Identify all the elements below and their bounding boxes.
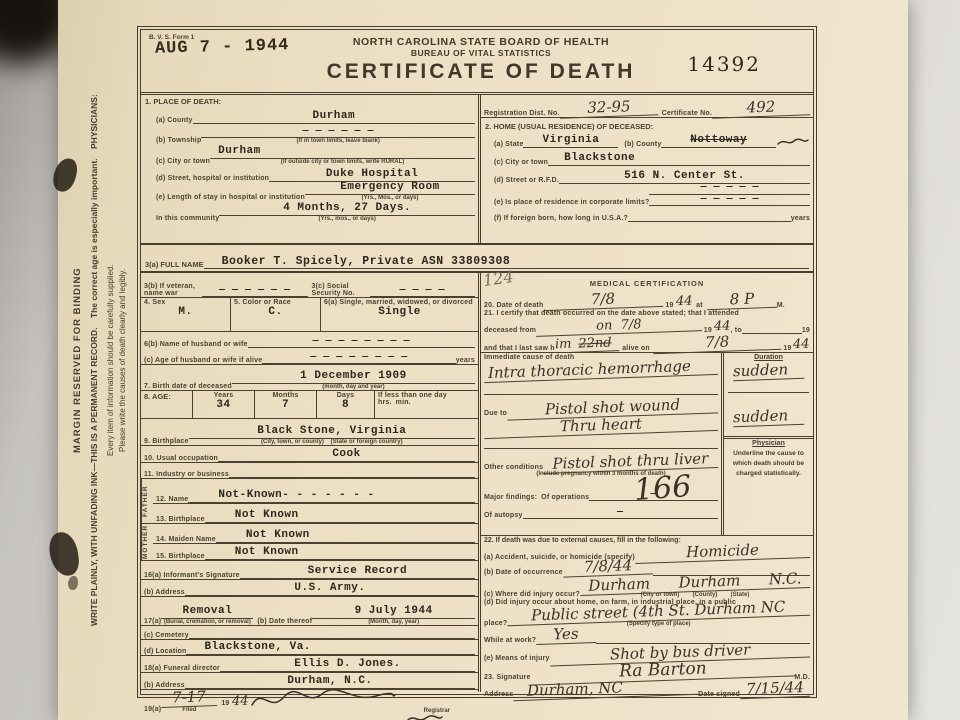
industry-label: 11. Industry or business [144,471,229,478]
certificate-title: CERTIFICATE OF DEATH [301,60,661,84]
disposal-value: Removal [161,606,253,619]
autopsy-label: Of autopsy [484,512,523,519]
birthplace-value: Black Stone, Virginia [189,426,475,439]
birthplace-label: 9. Birthplace [144,438,189,445]
pod-city-label: (c) City or town [156,158,210,165]
pod-stay-note: (Yrs., Mos., or days) [305,195,475,201]
pod-township-value: — — — — — — [201,127,475,139]
bureau-subtitle: BUREAU OF VITAL STATISTICS [301,48,661,58]
sex-label: 4. Sex [144,299,227,306]
registrar-initials-scrawl [404,712,444,720]
funeral-director-label: 18(a) Funeral director [144,665,220,672]
cemetery-label: (c) Cemetery [144,632,189,639]
last-saw-label: and that I last saw h [484,345,555,352]
sig-address-label: Address [484,691,513,698]
mother-side-label: MOTHER [141,524,153,560]
certify-19b: 19 [802,327,810,334]
registration-dist-value: 32-95 [559,99,658,119]
margin-causes-text: Please write the causes of death clearly… [118,30,127,690]
father-birthplace-label: 13. Birthplace [156,516,205,523]
marital-label: 6(a) Single, married, widowed, or divorc… [324,299,475,306]
home-county-value: Nottoway [661,135,776,148]
last-saw-date: 7/8 [653,333,782,354]
race-label: 5. Color or Race [234,299,317,306]
pod-city-value: Durham [210,146,475,159]
other-conditions-label: Other conditions [484,464,543,471]
date-of-death-value: 7/8 [543,290,664,311]
duration-column: Duration sudden sudden Physician Underli… [721,353,813,535]
header-titles: NORTH CAROLINA STATE BOARD OF HEALTH BUR… [301,36,661,84]
home-state-label: (a) State [494,141,523,148]
age-days-cell: Days 8 [317,391,375,418]
handwritten-124: 124 [482,267,515,290]
mother-birthplace-label: 15. Birthplace [156,553,205,560]
industry-value [229,477,475,478]
pod-stay-value: Emergency Room [305,182,475,195]
duration-value2: sudden [733,406,805,427]
pod-city-note: (If outside city or town limits, write R… [210,159,475,165]
home-corporate-value: — — — — — [649,183,810,195]
marital-cell: 6(a) Single, married, widowed, or divorc… [321,298,478,331]
pod-township-label: (b) Township [156,137,201,144]
registration-dist-label: Registration Dist. No. [484,110,560,117]
age-min-label: min. [396,399,411,406]
signature-label: 23. Signature [484,674,531,681]
race-value: C. [234,306,317,318]
father-name-value: Not-Known- - - - - - - [188,490,475,503]
certificate-paper: MARGIN RESERVED FOR BINDING WRITE PLAINL… [58,0,908,720]
full-name-label: 3(a) FULL NAME [145,260,204,269]
age-less-label: If less than one day [378,392,475,399]
registrar-signature-scrawl [248,687,398,711]
funeral-director-value: Ellis D. Jones. [220,659,475,672]
dod-time: 8 P [707,291,778,310]
sig-address-value: Durham, NC [513,678,698,701]
father-birthplace-value: Not Known [205,510,475,523]
spouse-age-value: — — — — — — — — [262,353,455,365]
physician-note: Underline the cause to which death shoul… [724,447,813,481]
residence-section: Registration Dist. No. 32-95 Certificate… [481,95,813,243]
margin-every-item-text: Every item of information should be care… [106,30,115,690]
age-years-label: Years [196,392,251,399]
filed-date: 7-17 [161,689,218,708]
spouse-name-label: 6(b) Name of husband or wife [144,341,248,348]
birthplace-note: (City, town, or county) (State or foreig… [189,439,475,445]
father-side-label: FATHER [141,479,153,523]
autopsy-dash: — [523,508,718,520]
margin-write-plainly-text: WRITE PLAINLY, WITH UNFADING INK—THIS IS… [89,20,99,700]
occupation-value: Cook [218,449,475,462]
date-signed-label: Date signed [698,691,740,698]
home-county-label: (b) County [624,141,661,148]
disposal-date-value: 9 July 1944 [312,606,475,619]
mother-birthplace-value: Not Known [205,547,475,560]
pod-community-value: 4 Months, 27 Days. [219,203,475,216]
age-label: 8. AGE: [144,392,189,401]
certificate-no-label: Certificate No. [662,110,712,117]
operations-label: Of operations [541,494,589,501]
serial-number: 14392 [687,52,761,76]
last-saw-strike: 22nd [571,337,619,353]
age-less-cell: If less than one day hrs.min. [375,391,478,418]
last-saw-alive: alive on [622,345,650,352]
means-of-injury-label: (e) Means of injury [484,655,550,662]
duration-value1: sudden [733,360,805,381]
pod-county-value: Durham [193,111,475,124]
age-months-label: Months [258,392,313,399]
certify-to: , to [731,327,742,334]
margin-binding-text: MARGIN RESERVED FOR BINDING [72,40,83,680]
filed-label: 19(a) [144,706,161,713]
veteran-label: 3(b) If veteran, name war [144,283,202,297]
pod-township-note: (If in town limits, leave blank) [201,138,475,144]
sex-value: M. [144,306,227,318]
place-of-death-section: 1. PLACE OF DEATH: (a) County Durham (b)… [141,95,481,243]
date-of-death-label: 20. Date of death [484,302,543,309]
last-saw-19: 19 [783,345,791,352]
home-city-value: Blackstone [548,153,810,166]
informant-signature-label: 16(a) Informant's Signature [144,572,240,579]
informant-address-value: U.S. Army. [185,583,475,596]
father-name-label: 12. Name [156,496,188,503]
personal-column: 3(b) If veteran, name war — — — — — — 3(… [141,273,481,692]
disposal-label: 17(a) [144,618,161,625]
dod-year: 44 [675,294,692,310]
injury-where-label: (c) Where did injury occur? [484,591,580,598]
certify-from-label: deceased from [484,327,536,334]
form-header: B. V. S. Form 1 AUG 7 - 1944 NORTH CAROL… [141,30,813,95]
dod-at: at [696,302,703,309]
board-title: NORTH CAROLINA STATE BOARD OF HEALTH [301,36,661,48]
certify-from-value: on 7/8 [536,316,702,336]
at-work-value: Yes [536,626,597,645]
age-years-cell: Years 34 [193,391,255,418]
certificate-no-value: 492 [712,99,811,119]
home-state-value: Virginia [523,135,618,148]
at-work-label: While at work? [484,637,536,644]
filed-19: 19 [221,700,229,707]
spouse-age-label: (c) Age of husband or wife if alive [144,357,262,364]
age-hrs-label: hrs. [378,399,392,406]
injury-place-label2: place? [484,620,507,627]
pod-street-label: (d) Street, hospital or institution [156,175,269,182]
location-label: (d) Location [144,648,186,655]
ssn-label: 3(c) Social Security No. [312,283,370,297]
home-street-label: (d) Street or R.F.D. [494,177,559,184]
race-cell: 5. Color or Race C. [231,298,321,331]
occupation-label: 10. Usual occupation [144,455,218,462]
last-saw-him: im [554,337,571,353]
filed-year: 44 [231,694,248,710]
age-years-value: 34 [196,399,251,411]
birthdate-label: 7. Birth date of deceased [144,383,232,390]
occurrence-date-label: (b) Date of occurrence [484,569,563,576]
received-date-stamp: AUG 7 - 1944 [155,36,290,59]
marital-value: Single [324,306,475,318]
home-city-label: (c) City or town [494,159,548,166]
pod-community-note: (Yrs., mos., or days) [219,216,475,222]
birthdate-value: 1 December 1909 [232,371,475,384]
mother-name-label: 14. Maiden Name [156,536,216,543]
age-cell: 8. AGE: [141,391,193,418]
full-name-row: 3(a) FULL NAME Booker T. Spicely, Privat… [141,245,813,273]
home-title: 2. HOME (USUAL RESIDENCE) OF DECEASED: [481,118,813,131]
dod-19: 19 [665,302,673,309]
last-saw-year: 44 [793,337,810,353]
spouse-name-value: — — — — — — — — [248,337,475,349]
pod-street-value: Duke Hospital [269,169,475,182]
major-findings-label: Major findings: [484,494,537,501]
cause-of-death-block: Immediate cause of death Intra thoracic … [481,353,721,535]
due-to-label: Due to [484,410,507,417]
certificate-form: B. V. S. Form 1 AUG 7 - 1944 NORTH CAROL… [137,26,817,698]
home-corporate-label: (e) Is place of residence in corporate l… [494,199,649,206]
medical-column: 124 MEDICAL CERTIFICATION 20. Date of de… [481,273,813,692]
age-days-value: 8 [320,399,371,411]
age-days-label: Days [320,392,371,399]
informant-address-label: (b) Address [144,589,185,596]
external-causes-section: 22. If death was due to external causes,… [481,535,813,698]
filed-note: Filed [161,707,217,713]
home-foreign-label: (f) If foreign born, how long in U.S.A.? [494,215,628,222]
pod-community-label: In this community [156,215,219,222]
birthdate-note: (month, day and year) [232,384,475,390]
pod-stay-label: (e) Length of stay in hospital or instit… [156,194,305,201]
date-signed-value: 7/15/44 [740,680,811,699]
informant-signature-value: Service Record [240,566,475,579]
sex-cell: 4. Sex M. [141,298,231,331]
ssn-value: — — — — [370,286,476,298]
age-months-cell: Months 7 [255,391,317,418]
dod-m: M. [777,302,785,309]
physician-label: Physician [752,440,785,447]
location-value: Blackstone, Va. [186,642,475,655]
pod-county-label: (a) County [156,117,193,124]
home-foreign-suffix: years [791,215,810,222]
county-correction-scrawl [776,136,810,148]
operations-value: 166 [633,469,693,508]
other-conditions-value: Pistol shot thru liver [543,451,718,474]
medical-certification-title: MEDICAL CERTIFICATION [590,279,704,288]
pod-title: 1. PLACE OF DEATH: [141,97,478,106]
mother-name-value: Not Known [216,530,475,543]
age-months-value: 7 [258,399,313,411]
spouse-age-suffix: years [456,357,475,364]
veteran-value: — — — — — — [202,286,308,298]
